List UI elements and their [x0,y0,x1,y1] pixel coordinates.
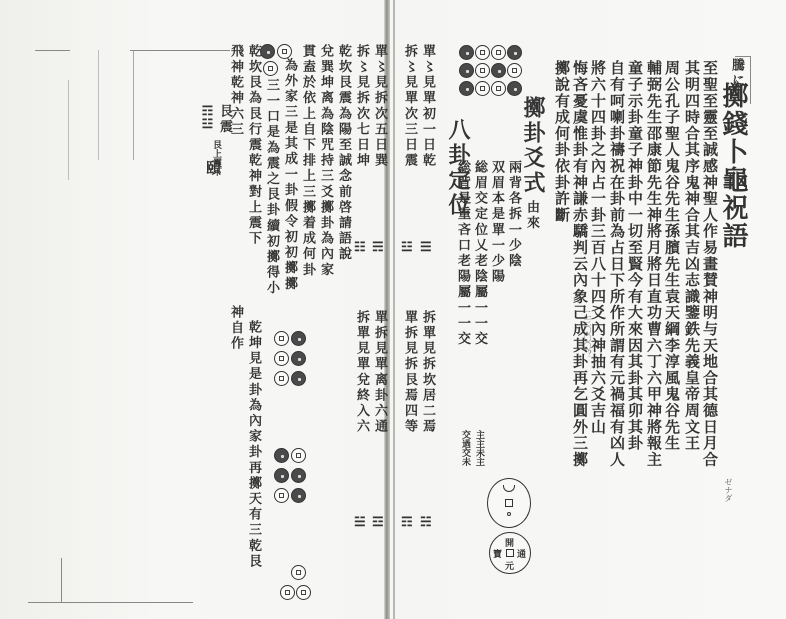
trigram-gen-icon: ☶ [401,515,412,530]
body-column: 其明四時合其序鬼神合其吉凶志識鑒鉄先義皇帝周文王 [682,60,701,451]
coin-front-icon: 開 通 元 寶 [489,532,531,574]
frame-line [735,56,751,57]
trigram-rule: 拆單見單兌終入六 [352,310,371,435]
coin-light-icon [291,448,306,463]
square-hole [506,549,514,557]
coin-dark-icon [507,45,522,60]
coin-light-icon [291,565,306,580]
frame-line [750,56,751,104]
body-column: 自有呵喇卦禱祝在卦前為占日下所作所謂有元禍福有凶人 [607,60,626,468]
coin-dark-icon [274,468,289,483]
trigram-rule: 單拆見拆艮焉四等 [400,310,419,435]
coin-char-right: 通 [517,547,526,560]
body-column: 乾坎艮震為陽至誠念前啓請語說 [334,44,353,262]
coin-light-icon [491,45,506,60]
body-column: 悔吝憂虞惟卦有神謙赤驕判云內象己成其卦再乞圓外三擲 [570,60,589,468]
trigram-li-icon: ☲ [372,515,383,530]
trigram-rule: 單〻見單初一日乾 [418,44,437,169]
handwritten-annotation: ゼナダ [719,478,738,502]
coin-char-left: 寶 [493,547,502,560]
hexagram-symbol-icon: ☶☳ [198,104,217,130]
page-title: 擲錢卜龜祝語 [718,82,748,250]
body-column: 乾坎艮為艮行震乾神對上震下 [244,44,263,247]
rule-column: 総眉交定位乂老陰屬一一交 [470,160,489,347]
heading-suffix: 由來 [522,200,541,231]
coin-dark-icon [291,488,306,503]
body-column: 為外家三是其成一卦假令初初擲擲 [280,58,299,292]
coin-light-icon [475,63,490,78]
coin-light-icon [263,61,278,76]
hexagram-label: 艮震 [215,104,234,135]
trigram-xun-icon: ☴ [372,240,383,255]
coin-dark-icon [291,468,306,483]
coin-char-top: 開 [505,536,514,549]
body-column: 將六十四卦之內占一卦三百八十四爻內神抽六爻吉山 [588,60,607,435]
fine-print: 交過交未 [460,430,470,466]
coin-grid [459,45,527,99]
coin-dark-icon [260,44,275,59]
coin-dark-icon [291,331,306,346]
coin-light-icon [277,44,292,59]
section-heading: 擲卦爻式 [523,96,542,196]
example-column: 神自作 [226,305,245,352]
body-column: 輔弼先生邵康節先生神將月將日直功曹六丁六甲神將報主 [644,60,663,468]
trigram-dui-icon: ☱ [354,515,365,530]
coin-light-icon [296,585,311,600]
coin-light-icon [274,331,289,346]
body-column: 擲說有成何卦依卦許斷 [552,60,571,223]
coin-dark-icon [491,63,506,78]
trigram-kan-icon: ☵ [420,515,431,530]
ruling-line [68,80,69,180]
trigram-zhen-icon: ☳ [401,240,412,255]
rule-column: 兩背各拆一少陰 [504,160,523,269]
ruling-line [98,50,99,160]
coin-light-icon [274,351,289,366]
coin-light-icon [274,488,289,503]
ruling-line [61,558,62,603]
handwritten-annotation: 二三〇〇〇？ [578,310,597,358]
coin-char-bottom: 元 [505,559,514,572]
trigram-qian-icon: ☰ [420,240,431,255]
crescent-mark [503,485,515,492]
dot-mark [507,512,511,516]
trigram-rule: 拆〻見拆次七日坤 [352,44,371,169]
square-hole [505,499,513,507]
body-column: 至聖至靈至誠感神聖人作易畫賛神明与天地合其德日月合 [700,60,719,468]
coin-back-icon [487,478,531,528]
rule-column: 双眉本是單一少陽 [487,160,506,285]
trigram-rule: 拆〻見單次三日震 [400,44,419,169]
fine-print: 主主未主 [474,430,484,466]
trigram-kun-icon: ☷ [354,240,365,255]
coin-dark-icon [459,45,474,60]
trigram-rule: 單拆見單离卦六通 [370,310,389,435]
ruling-line [130,50,230,51]
coin-light-icon [274,371,289,386]
coin-light-icon [491,81,506,96]
coin-dark-icon [291,371,306,386]
ruling-line [133,50,134,160]
coin-dark-icon [274,448,289,463]
ruling-line [28,602,193,603]
body-column: 童子示卦童子神卦中一切至賢今有大來因其卦其卯其卦 [625,60,644,451]
example-column: 乾坤見是卦為內家卦再擲天有三乾艮 [244,320,263,570]
coin-dark-icon [507,81,522,96]
coin-light-icon [475,81,490,96]
trigram-rule: 單〻見拆次五日巽 [370,44,389,169]
hexagram-name: 頤 [203,160,222,176]
coin-dark-icon [459,81,474,96]
coin-light-icon [280,585,295,600]
body-column: 貫盍於依上自下排上三擲着成何卦 [298,44,317,278]
coin-light-icon [475,45,490,60]
body-column: 三一口是為震之艮卦續初擲得小 [262,78,281,296]
ruling-line [35,50,70,51]
section-heading-bagua: 八卦定位 [448,118,467,218]
body-column: 兌巽坤离為陰咒持三爻擲卦為內家 [316,44,335,278]
coin-dark-icon [459,63,474,78]
coin-dark-icon [291,351,306,366]
book-gutter-line [393,0,395,619]
coin-light-icon [507,63,522,78]
trigram-rule: 拆單見拆坎居二焉 [418,310,437,435]
body-column: 周公孔子聖人鬼谷先生孫臏先生袁天綱李淳風鬼谷先生 [662,60,681,451]
